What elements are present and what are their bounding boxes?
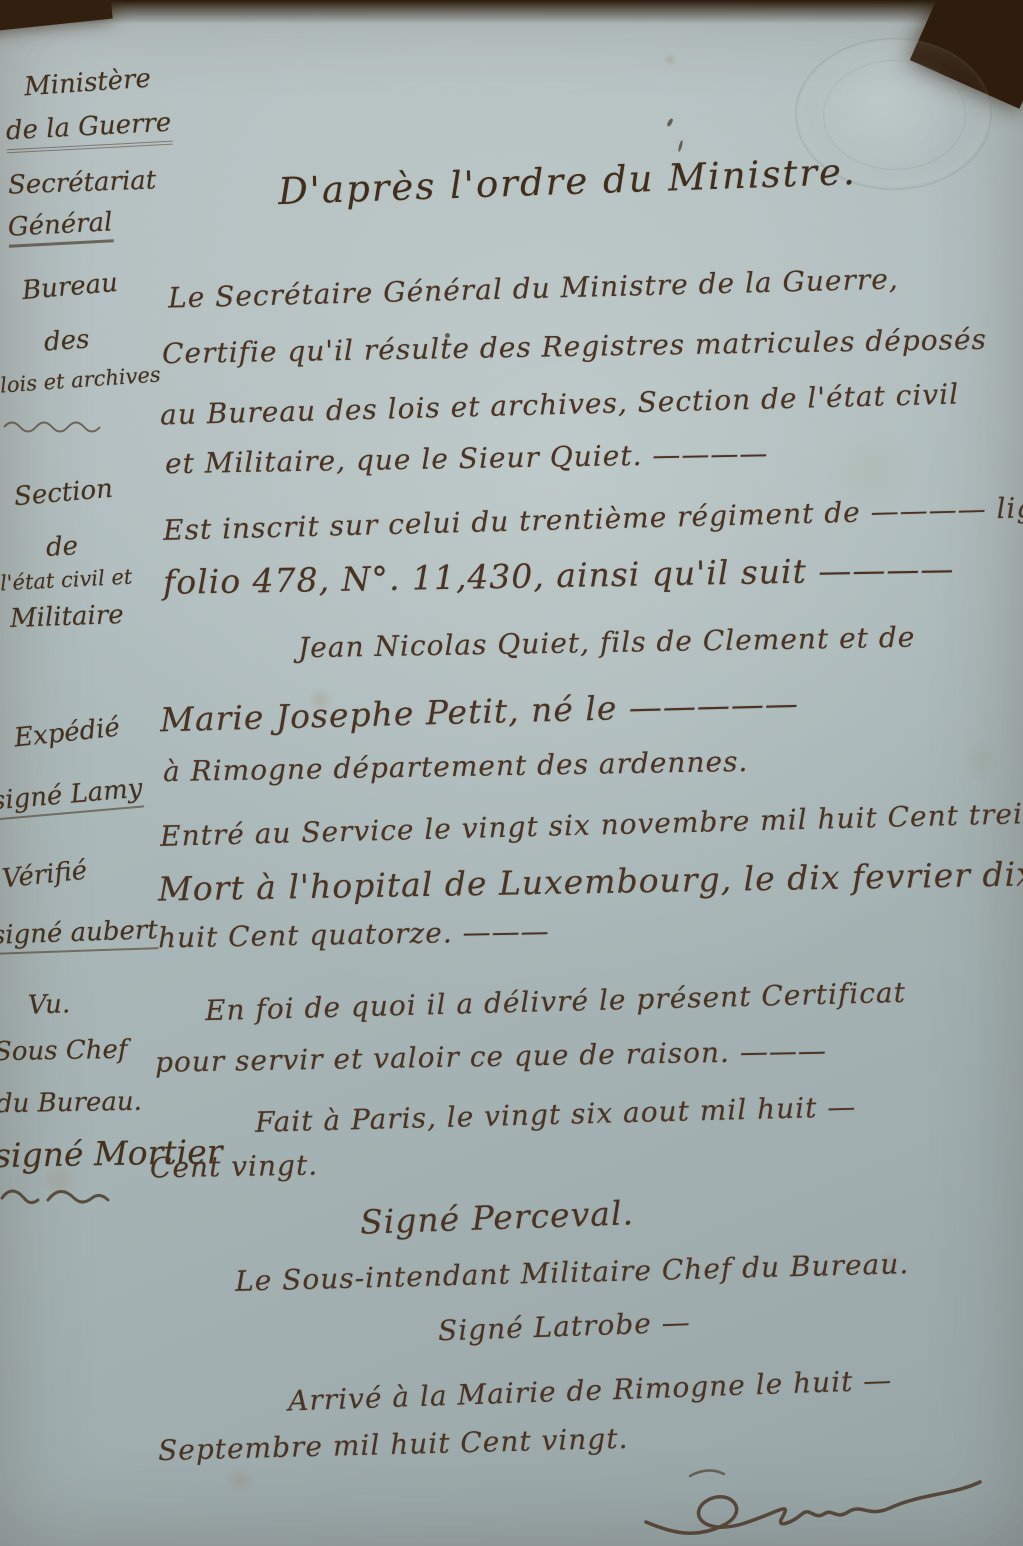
margin-bureau-line3: lois et archives bbox=[0, 362, 161, 397]
margin-vu-line3: du Bureau. bbox=[0, 1087, 142, 1120]
margin-section-line1: Section bbox=[13, 474, 114, 513]
document-page: Ministère de la Guerre Secrétariat Génér… bbox=[0, 0, 1023, 1546]
body-line: Marie Josephe Petit, né le ————— bbox=[160, 684, 800, 740]
body-line: Entré au Service le vingt six novembre m… bbox=[160, 796, 1023, 853]
margin-secretariat-line1: Secrétariat bbox=[8, 165, 157, 200]
body-line: Septembre mil huit Cent vingt. bbox=[158, 1422, 629, 1467]
body-line: Est inscrit sur celui du trentième régim… bbox=[163, 490, 1023, 547]
body-line: huit Cent quatorze. ——— bbox=[158, 915, 550, 955]
body-signature-line: Signé Latrobe — bbox=[438, 1306, 692, 1348]
body-signature-line: Signé Perceval. bbox=[359, 1193, 634, 1242]
body-line: Certifie qu'il résulte des Registres mat… bbox=[162, 323, 987, 370]
signature-flourish bbox=[630, 1462, 990, 1546]
margin-section-line4: Militaire bbox=[10, 600, 125, 634]
margin-vu-line2: Sous Chef bbox=[0, 1035, 128, 1067]
margin-verifie-line1: Vérifié bbox=[1, 856, 89, 895]
page-edge-top bbox=[0, 0, 1023, 24]
margin-verifie-line2: signé aubert bbox=[0, 915, 158, 955]
margin-expedie-line1: Expédié bbox=[13, 713, 122, 754]
margin-bureau-line2: des bbox=[43, 324, 90, 357]
body-line: Le Sous-intendant Militaire Chef du Bure… bbox=[235, 1247, 910, 1298]
body-line: Cent vingt. bbox=[150, 1149, 319, 1185]
margin-ministry-line2: de la Guerre bbox=[5, 108, 172, 154]
document-title: D'après l'ordre du Ministre. bbox=[277, 150, 857, 213]
margin-expedie-line2: signé Lamy bbox=[0, 773, 144, 820]
margin-bureau-line1: Bureau bbox=[21, 268, 119, 306]
body-line: En foi de quoi il a délivré le présent C… bbox=[205, 976, 907, 1027]
margin-section-line2: de bbox=[45, 531, 79, 563]
body-line: à Rimogne département des ardennes. bbox=[163, 745, 749, 788]
margin-secretariat-line2: Général bbox=[7, 207, 113, 247]
body-line: folio 478, N°. 11,430, ainsi qu'il suit … bbox=[163, 549, 955, 602]
body-line: Arrivé à la Mairie de Rimogne le huit — bbox=[288, 1363, 893, 1417]
flourish-wave bbox=[0, 1186, 130, 1208]
margin-ministry-line1: Ministère bbox=[23, 64, 152, 103]
body-line: et Militaire, que le Sieur Quiet. ———— bbox=[165, 437, 769, 481]
body-line: au Bureau des lois et archives, Section … bbox=[160, 378, 960, 432]
page-corner-top-left bbox=[0, 0, 113, 33]
ink-speck bbox=[677, 140, 683, 152]
flourish-squiggle bbox=[2, 418, 122, 434]
body-line: Le Secrétaire Général du Ministre de la … bbox=[168, 262, 899, 314]
body-line: Mort à l'hopital de Luxembourg, le dix f… bbox=[158, 854, 1023, 908]
ink-speck bbox=[666, 118, 674, 128]
body-line: Jean Nicolas Quiet, fils de Clement et d… bbox=[298, 621, 916, 665]
body-line: pour servir et valoir ce que de raison. … bbox=[155, 1034, 827, 1079]
margin-section-line3: l'état civil et bbox=[0, 565, 133, 596]
body-line: Fait à Paris, le vingt six aout mil huit… bbox=[255, 1090, 857, 1139]
margin-vu-line1: Vu. bbox=[27, 989, 70, 1020]
